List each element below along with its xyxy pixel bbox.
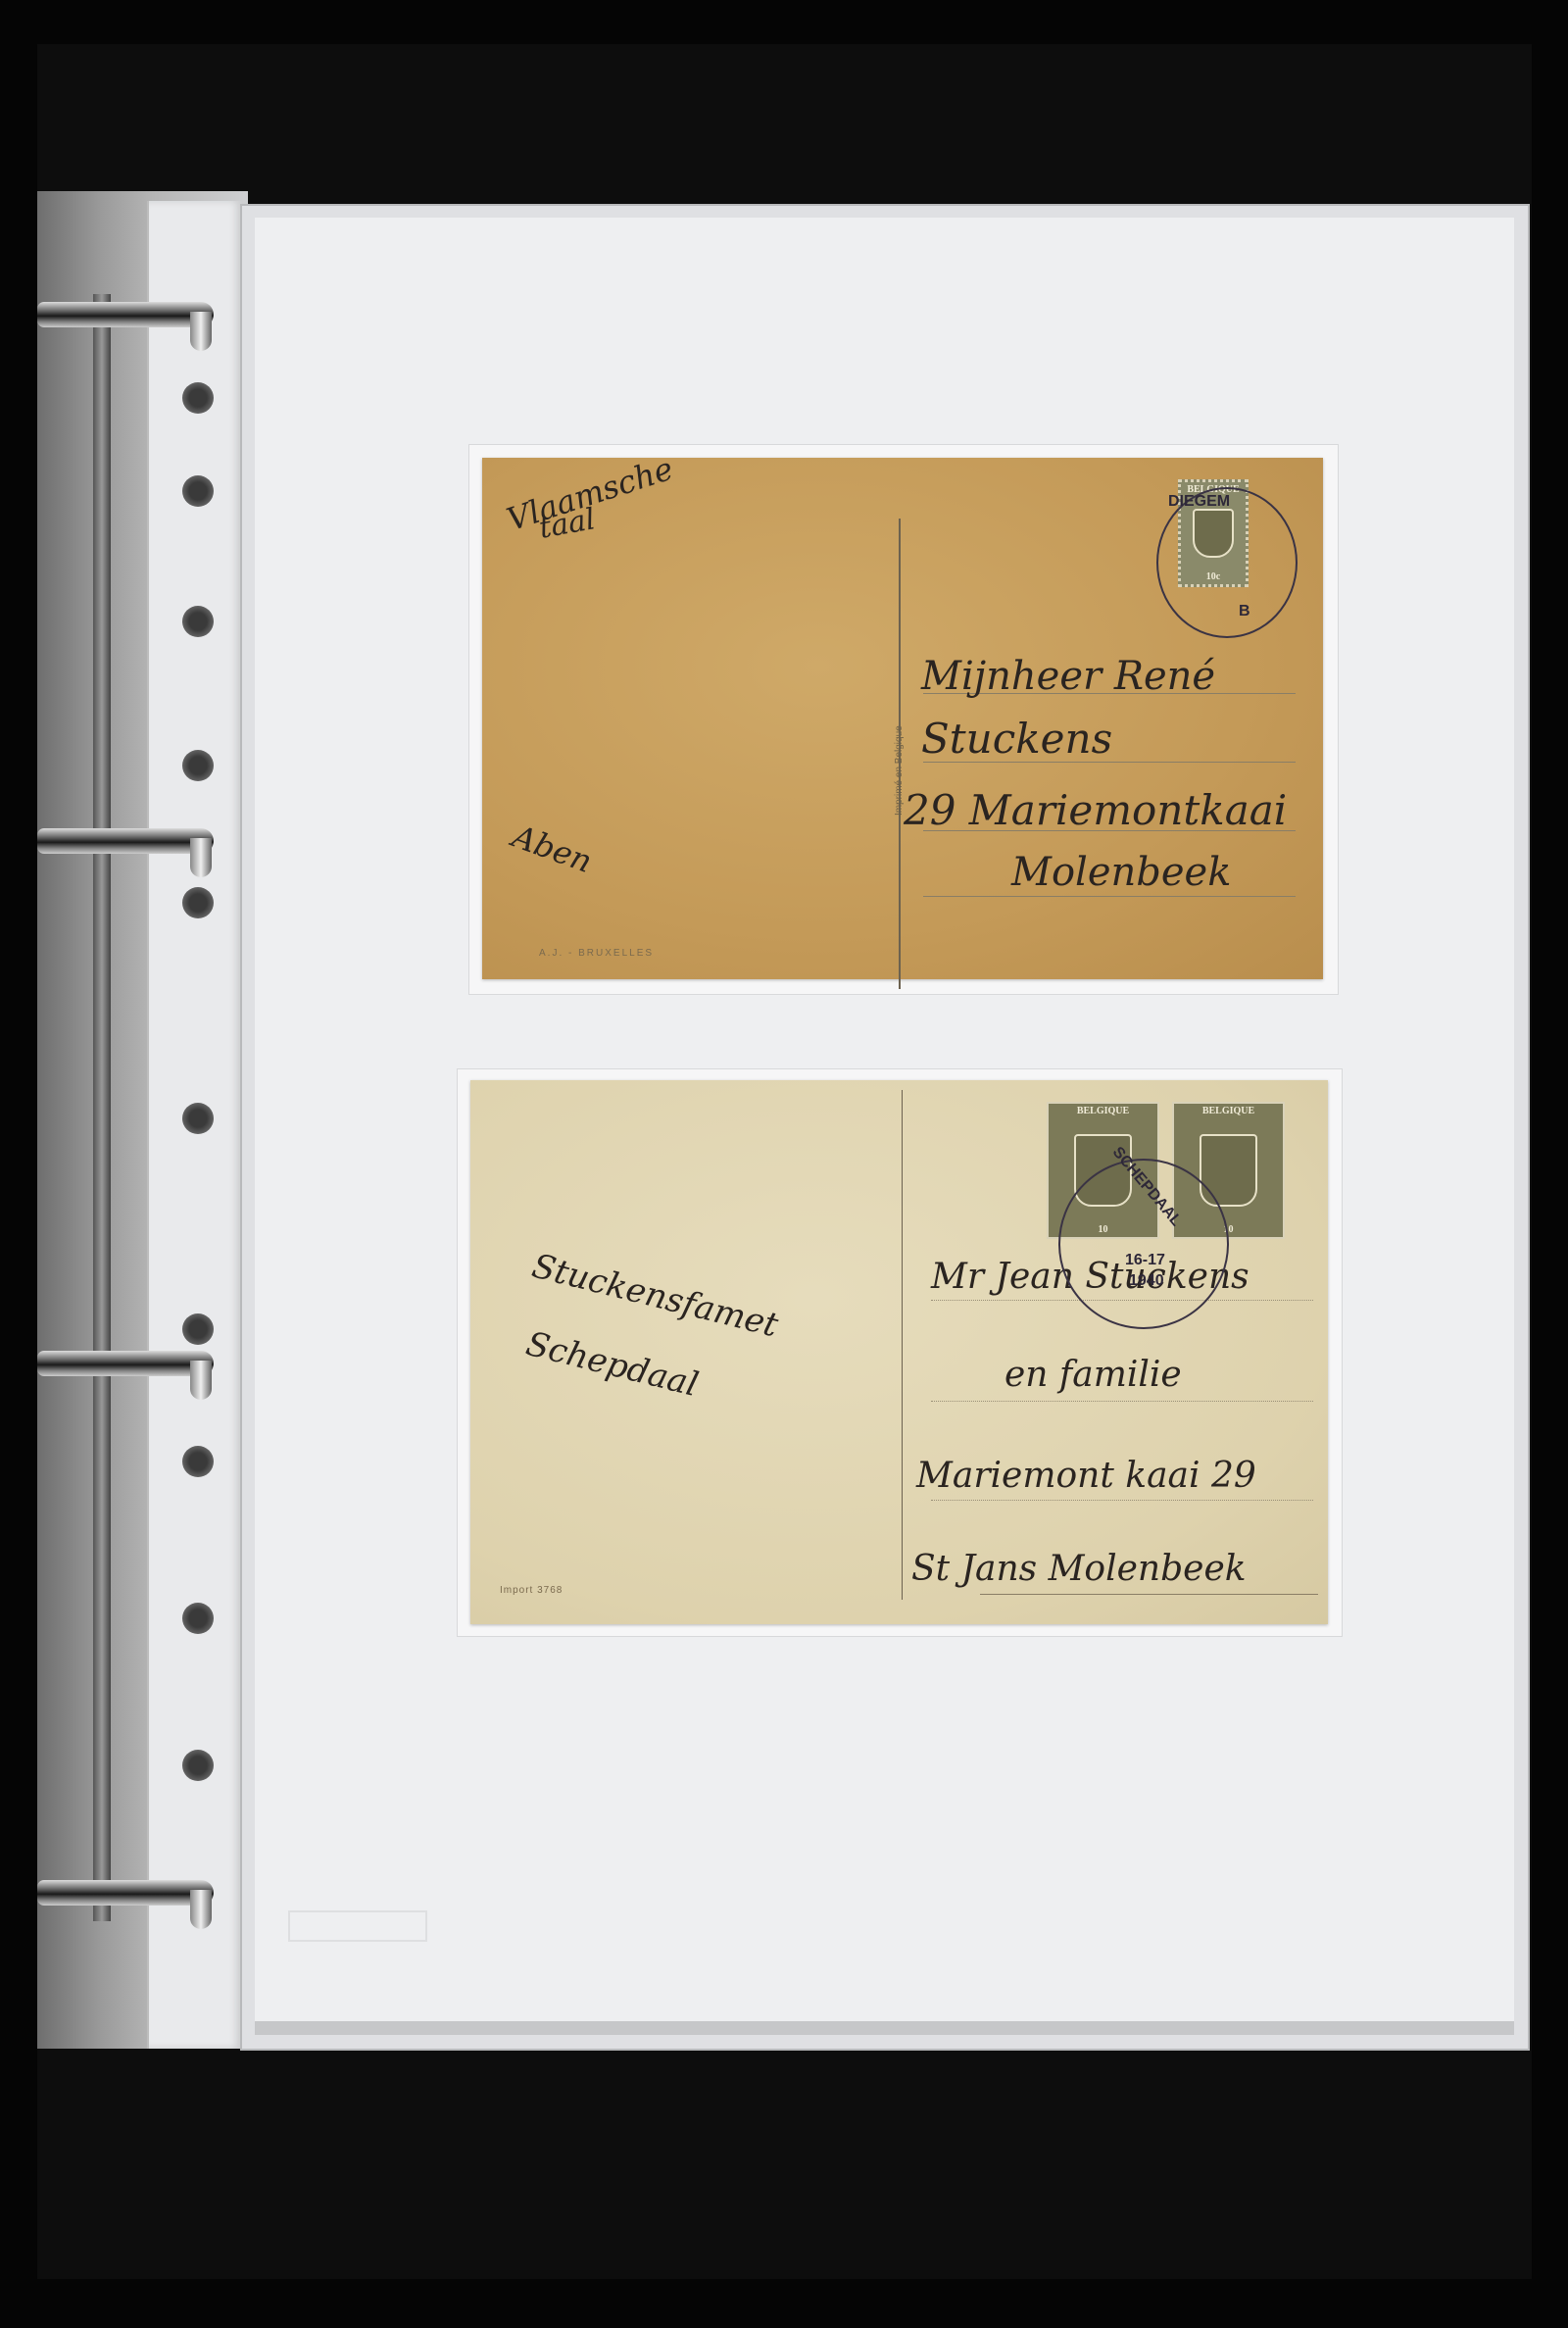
address-line-2: en familie [1004,1355,1182,1395]
postmark-year: 1940 [1129,1272,1164,1290]
binder-ring [37,828,214,854]
bottom-left-note: Aben [508,817,597,880]
punch-hole [182,750,214,781]
punch-hole [182,1603,214,1634]
address-line-1: Mijnheer René [921,654,1215,699]
postmark-code: B [1239,603,1250,620]
punch-hole [182,1446,214,1477]
punch-hole [182,1103,214,1134]
binder-ring [37,302,214,327]
embossed-logo-icon [284,1902,431,1951]
address-rule [931,1500,1313,1502]
address-line-3: 29 Mariemontkaai [904,786,1287,834]
postmark-town: DIEGEM [1168,493,1230,511]
binder-ring [37,1880,214,1906]
punch-hole [182,475,214,507]
address-rule [980,1594,1318,1595]
address-line-4: St Jans Molenbeek [911,1549,1247,1589]
sender-note-line1: Stuckensfamet [528,1247,782,1346]
punch-hole [182,1750,214,1781]
stamp-country: BELGIQUE [1077,1106,1129,1116]
address-rule [923,896,1296,897]
binder-ring [37,1351,214,1376]
address-line-2: Stuckens [921,715,1112,763]
publisher-mark: Import 3768 [500,1585,563,1596]
stamp-country: BELGIQUE [1202,1106,1254,1116]
punch-hole [182,382,214,414]
address-line-4: Molenbeek [1011,850,1231,895]
binder-ring-post [93,294,111,1921]
publisher-mark: A.J. - BRUXELLES [539,948,654,959]
address-rule [931,1401,1313,1403]
postmark-date: 16-17 [1125,1252,1165,1269]
punch-hole [182,1313,214,1345]
punch-hole [182,887,214,918]
postcard-2[interactable]: Stuckensfamet Schepdaal Import 3768 Mr J… [470,1080,1328,1624]
punch-hole [182,606,214,637]
sender-note-line2: Schepdaal [522,1324,703,1405]
postcard-1[interactable]: Vlaamsche taal Aben A.J. - BRUXELLES Imp… [482,458,1323,979]
address-line-3: Mariemont kaai 29 [916,1456,1256,1496]
card-divider [902,1090,903,1600]
